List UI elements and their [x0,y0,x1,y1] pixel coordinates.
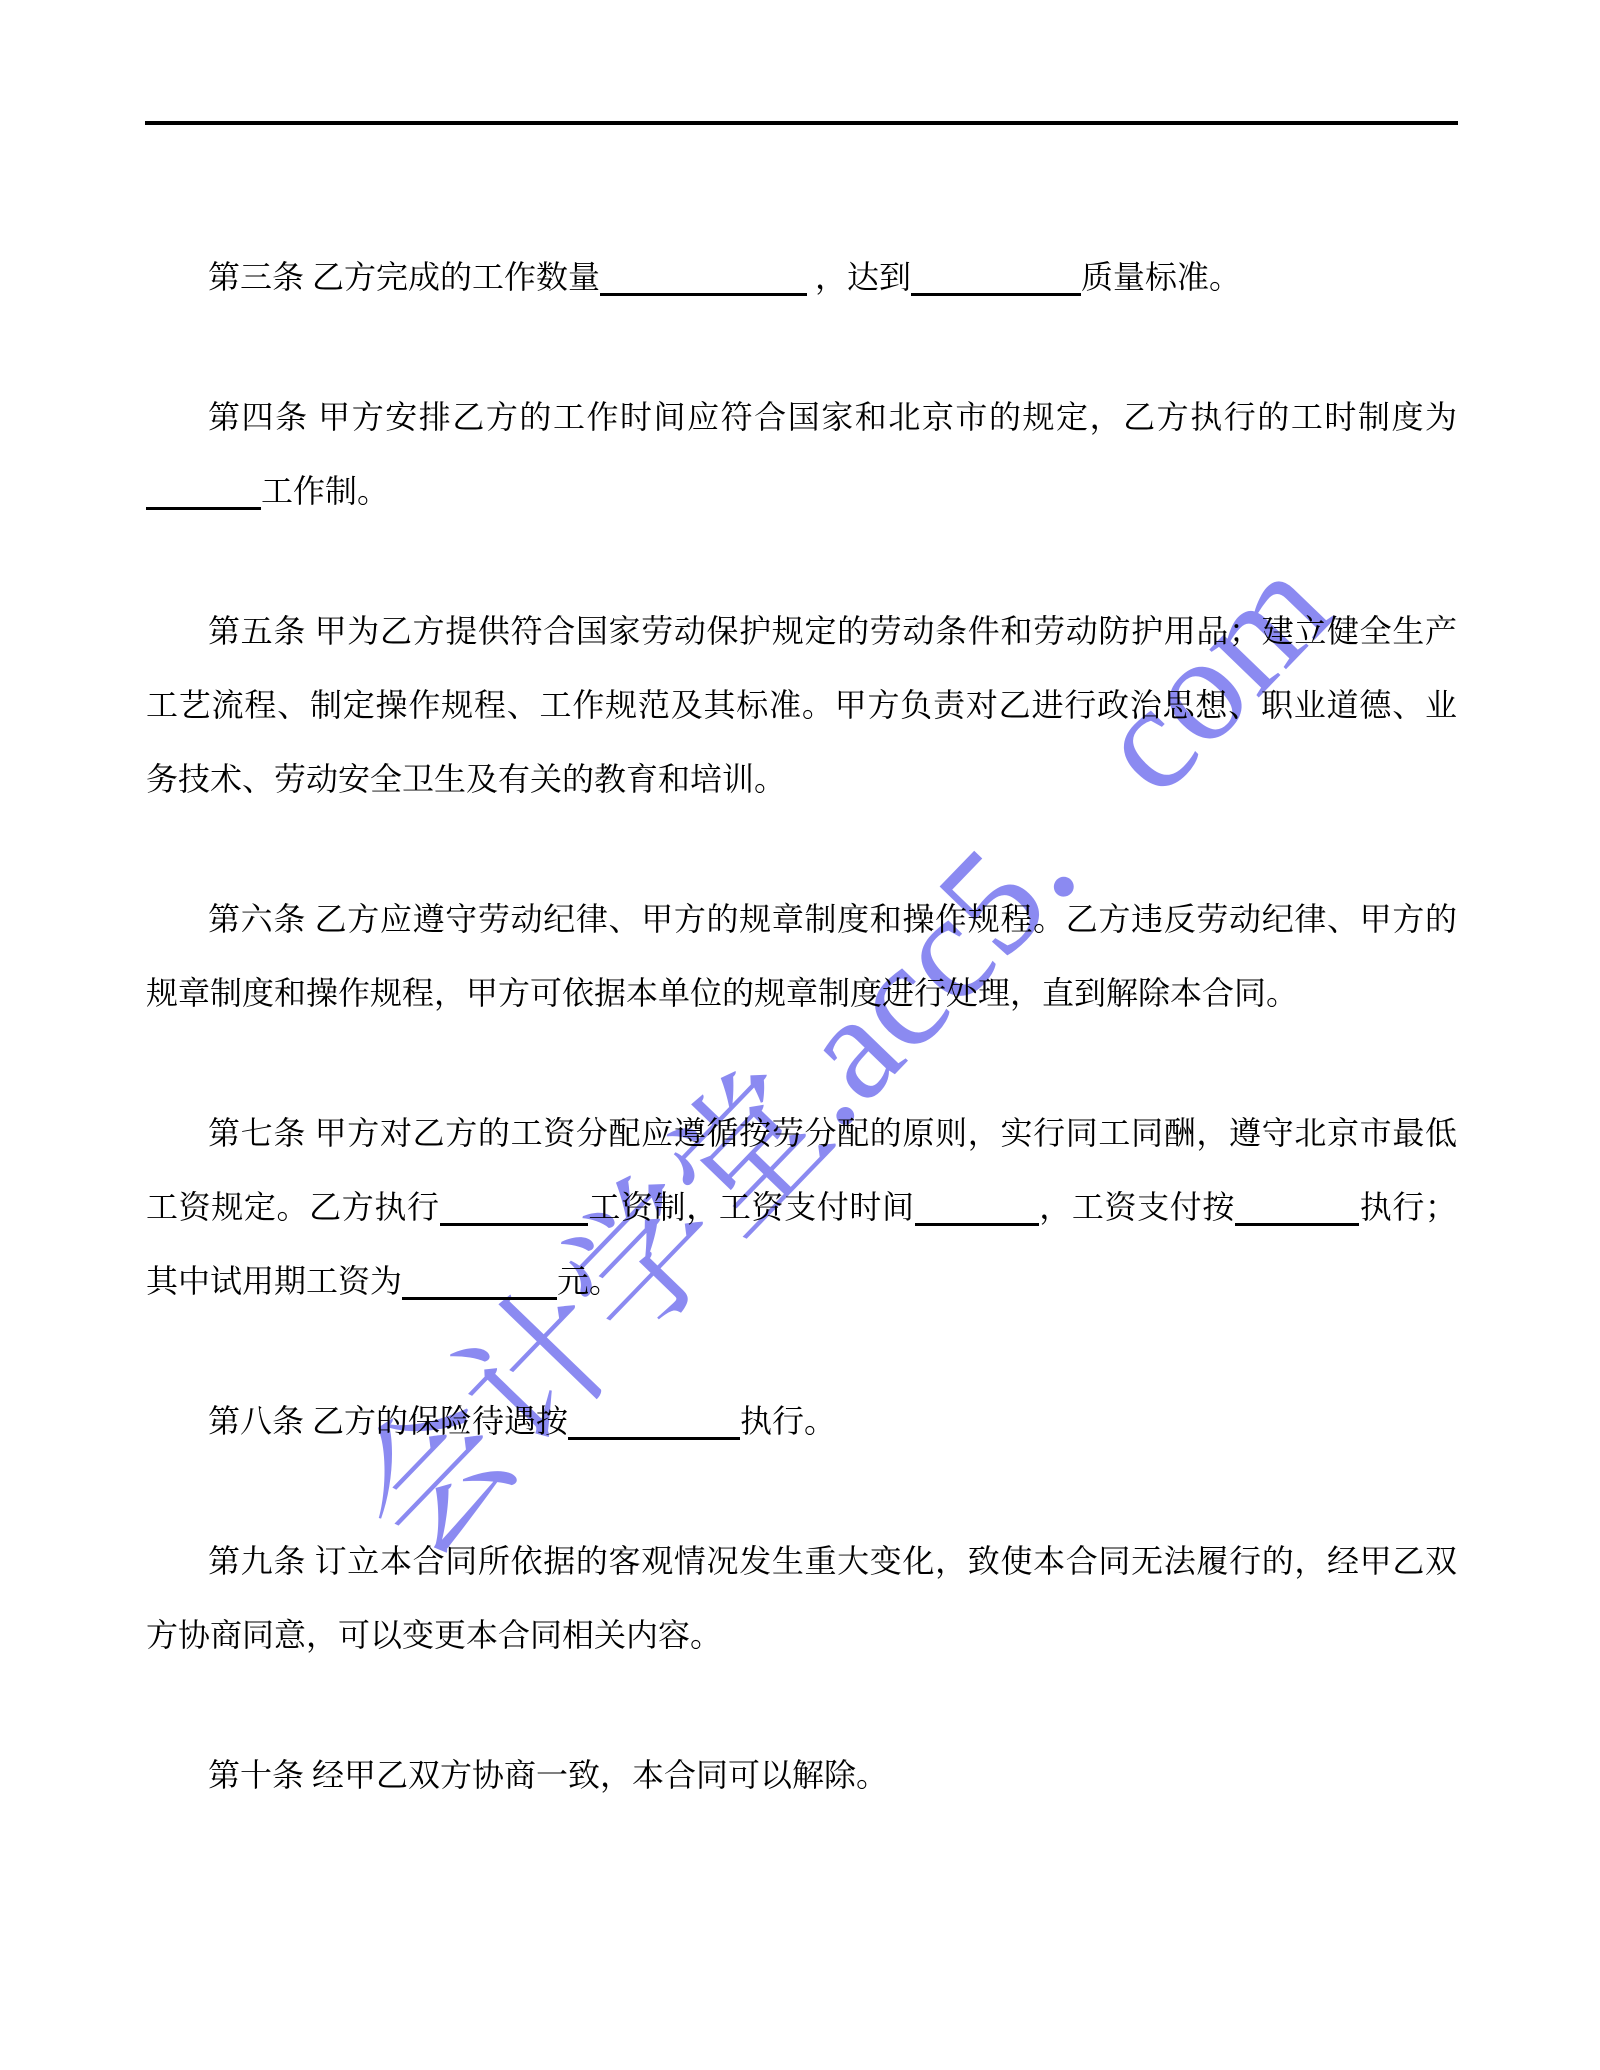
blank-underline [600,292,807,296]
paragraph-article-7: 第七条 甲方对乙方的工资分配应遵循按劳分配的原则，实行同工同酬，遵守北京市最低工… [146,1096,1457,1318]
blank-underline [440,1222,588,1226]
paragraph-article-8: 第八条 乙方的保险待遇按执行。 [146,1384,1457,1458]
paragraph-text: 第九条 订立本合同所依据的客观情况发生重大变化，致使本合同无法履行的，经甲乙双方… [146,1543,1457,1653]
paragraph-article-6: 第六条 乙方应遵守劳动纪律、甲方的规章制度和操作规程。乙方违反劳动纪律、甲方的规… [146,882,1457,1030]
paragraph-text: 工作制。 [261,473,389,509]
paragraph-text: ，达到 [807,259,911,295]
paragraph-article-5: 第五条 甲为乙方提供符合国家劳动保护规定的劳动条件和劳动防护用品；建立健全生产工… [146,594,1457,816]
blank-underline [911,292,1081,296]
paragraph-text: 第十条 经甲乙双方协商一致，本合同可以解除。 [208,1757,888,1793]
paragraph-article-10: 第十条 经甲乙双方协商一致，本合同可以解除。 [146,1738,1457,1812]
document-body: 第三条 乙方完成的工作数量 ，达到质量标准。第四条 甲方安排乙方的工作时间应符合… [146,125,1457,1812]
paragraph-text: 工资制，工资支付时间 [588,1189,915,1225]
paragraph-text: 第八条 乙方的保险待遇按 [208,1403,568,1439]
blank-underline [568,1436,740,1440]
paragraph-article-4: 第四条 甲方安排乙方的工作时间应符合国家和北京市的规定，乙方执行的工时制度为 工… [146,380,1457,528]
paragraph-article-9: 第九条 订立本合同所依据的客观情况发生重大变化，致使本合同无法履行的，经甲乙双方… [146,1524,1457,1672]
paragraph-text: 第三条 乙方完成的工作数量 [208,259,600,295]
paragraph-text: 执行。 [740,1403,836,1439]
blank-underline [915,1222,1039,1226]
paragraph-text: 第五条 甲为乙方提供符合国家劳动保护规定的劳动条件和劳动防护用品；建立健全生产工… [146,613,1457,797]
blank-underline [1235,1222,1359,1226]
paragraph-text: 质量标准。 [1081,259,1241,295]
paragraph-text: 第四条 甲方安排乙方的工作时间应符合国家和北京市的规定，乙方执行的工时制度为 [208,399,1457,435]
paragraph-text: ，工资支付按 [1039,1189,1235,1225]
paragraph-article-3: 第三条 乙方完成的工作数量 ，达到质量标准。 [146,240,1457,314]
blank-underline [146,506,261,510]
paragraph-text: 元。 [557,1263,621,1299]
blank-underline [402,1296,557,1300]
paragraph-text: 第六条 乙方应遵守劳动纪律、甲方的规章制度和操作规程。乙方违反劳动纪律、甲方的规… [146,901,1457,1011]
